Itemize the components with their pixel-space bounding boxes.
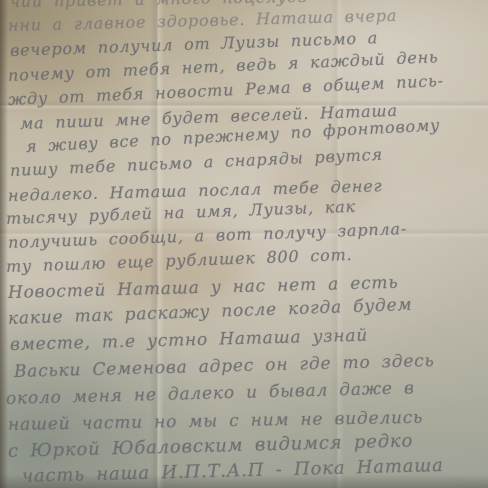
handwritten-line: вместе, т.е устно Наташа узнай xyxy=(10,326,369,355)
handwritten-line: Васьки Семенова адрес он где то здесь xyxy=(14,351,435,382)
handwritten-line: около меня не далеко и бывал даже в xyxy=(6,378,415,409)
letter-photo: чии привет и много поцелуев нни а главно… xyxy=(0,0,488,488)
paper-edge-shadow xyxy=(0,0,8,488)
